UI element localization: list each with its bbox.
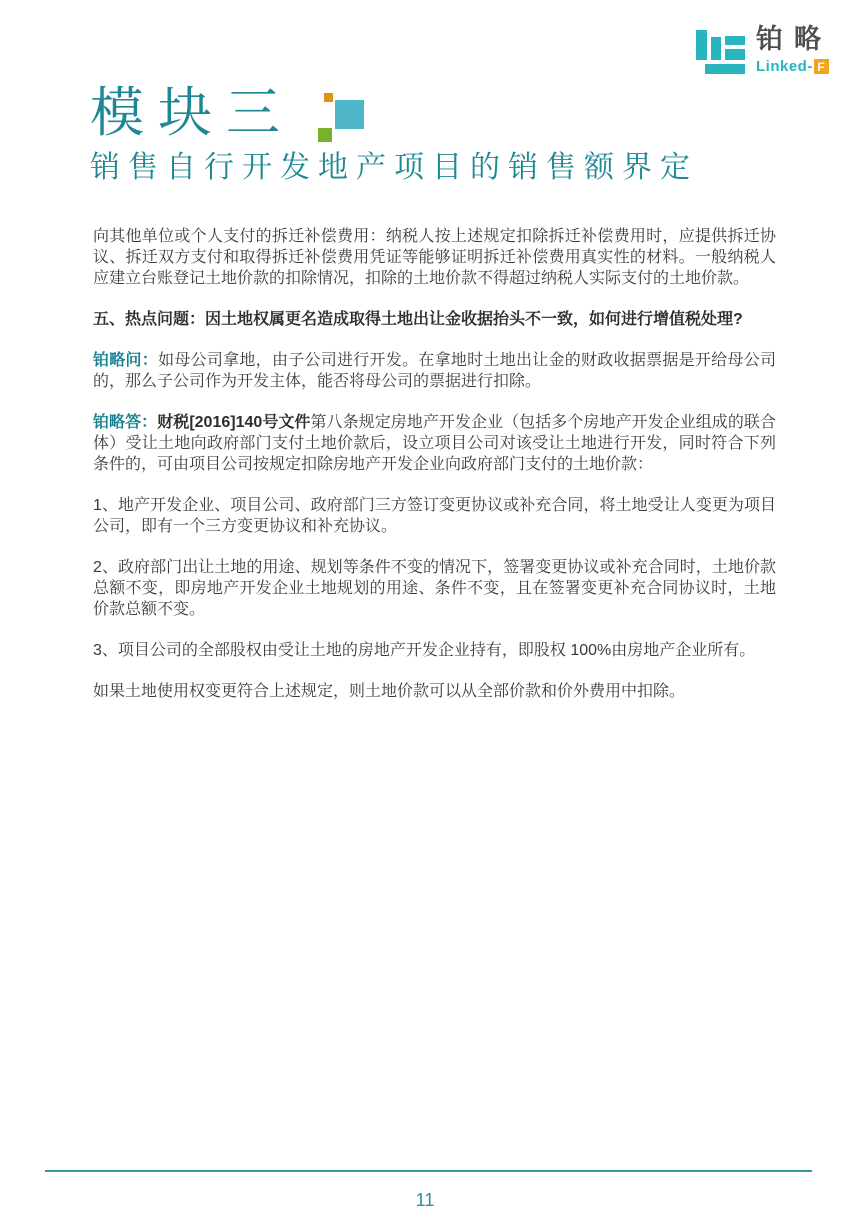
brand-logo: 铂略 Linked- F xyxy=(692,24,832,76)
tax-document-reference: 财税[2016]140号文件 xyxy=(157,414,310,431)
question-label: 铂略问： xyxy=(93,352,158,369)
condition-item-1: 1、地产开发企业、项目公司、政府部门三方签订变更协议或补充合同，将土地受让人变更… xyxy=(93,495,776,537)
brand-name-en-text: Linked- xyxy=(756,58,813,75)
condition-item-3: 3、项目公司的全部股权由受让土地的房地产开发企业持有，即股权 100%由房地产企… xyxy=(93,640,776,661)
page-subtitle: 销售自行开发地产项目的销售额界定 xyxy=(90,150,698,186)
footer-divider xyxy=(45,1170,812,1172)
document-page: 铂略 Linked- F 模块三 销售自行开发地产项目的销售额界定 向其他单位或… xyxy=(0,0,850,1228)
question-text: 如母公司拿地，由子公司进行开发。在拿地时土地出让金的财政收据票据是开给母公司的，… xyxy=(93,352,776,390)
brand-f-badge: F xyxy=(814,59,829,74)
qa-answer: 铂略答：财税[2016]140号文件第八条规定房地产开发企业（包括多个房地产开发… xyxy=(93,412,776,475)
qa-question: 铂略问：如母公司拿地，由子公司进行开发。在拿地时土地出让金的财政收据票据是开给母… xyxy=(93,350,776,392)
linked-f-logo-icon xyxy=(692,24,748,76)
logo-block xyxy=(725,36,745,45)
logo-block xyxy=(696,30,707,60)
answer-label: 铂略答： xyxy=(93,414,157,431)
hot-question-heading: 五、热点问题：因土地权属更名造成取得土地出让金收据抬头不一致，如何进行增值税处理… xyxy=(93,309,776,330)
brand-text: 铂略 Linked- F xyxy=(756,24,832,75)
brand-name-cn: 铂略 xyxy=(756,24,832,55)
module-title: 模块三 xyxy=(90,82,698,144)
title-area: 模块三 销售自行开发地产项目的销售额界定 xyxy=(90,82,698,186)
page-number: 11 xyxy=(0,1190,850,1211)
document-body: 向其他单位或个人支付的拆迁补偿费用：纳税人按上述规定扣除拆迁补偿费用时，应提供拆… xyxy=(93,226,776,722)
intro-paragraph: 向其他单位或个人支付的拆迁补偿费用：纳税人按上述规定扣除拆迁补偿费用时，应提供拆… xyxy=(93,226,776,289)
brand-name-en: Linked- F xyxy=(756,58,832,75)
logo-block xyxy=(725,49,745,60)
condition-item-2: 2、政府部门出让土地的用途、规划等条件不变的情况下，签署变更协议或补充合同时，土… xyxy=(93,557,776,620)
closing-paragraph: 如果土地使用权变更符合上述规定，则土地价款可以从全部价款和价外费用中扣除。 xyxy=(93,681,776,702)
logo-block xyxy=(711,37,721,60)
logo-block xyxy=(705,64,745,74)
